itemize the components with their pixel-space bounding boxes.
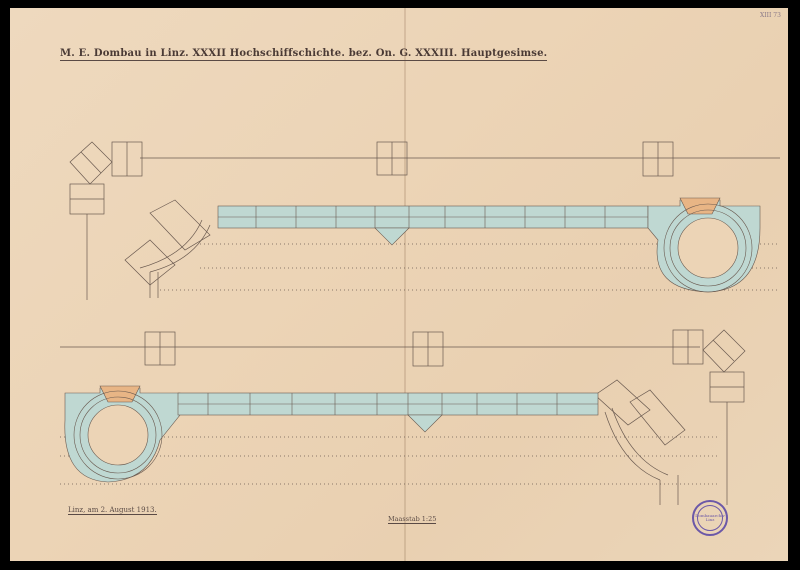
- archive-stamp: Dombauarchiv Linz: [692, 500, 728, 536]
- stamp-text: Dombauarchiv Linz: [697, 505, 723, 531]
- drawing-title: M. E. Dombau in Linz. XXXII Hochschiffsc…: [60, 48, 547, 61]
- scale-label: Maasstab 1:25: [388, 515, 436, 524]
- architectural-plan-drawing: [0, 0, 800, 570]
- date-signature: Linz, am 2. August 1913.: [68, 506, 157, 515]
- sheet-number: XIII 73: [760, 12, 781, 19]
